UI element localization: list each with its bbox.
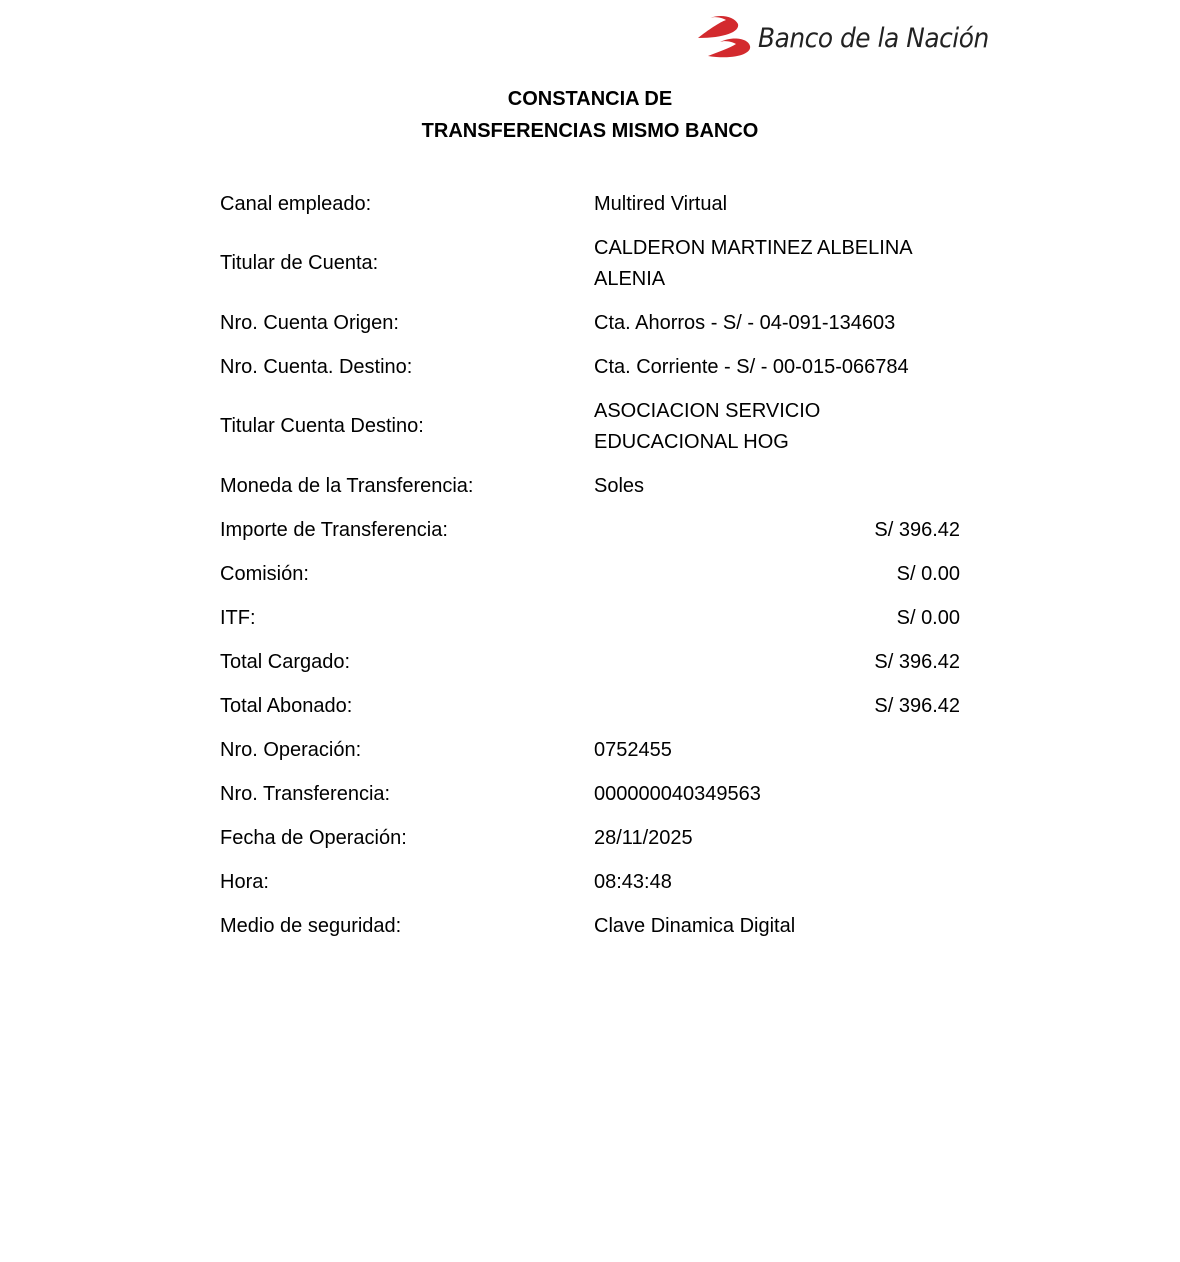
amount-value: S/ 396.42 — [594, 691, 960, 722]
field-label: Titular de Cuenta: — [220, 248, 594, 279]
field-value-line-1: ASOCIACION SERVICIO — [594, 396, 960, 427]
row-canal: Canal empleado: Multired Virtual — [220, 182, 960, 226]
field-value: 08:43:48 — [594, 867, 960, 898]
row-total-abonado: Total Abonado: S/ 396.42 — [220, 684, 960, 728]
field-label: Comisión: — [220, 559, 594, 590]
field-label: Nro. Cuenta. Destino: — [220, 352, 594, 383]
field-value: 000000040349563 — [594, 779, 960, 810]
row-medio-seguridad: Medio de seguridad: Clave Dinamica Digit… — [220, 904, 960, 948]
field-value-line-2: EDUCACIONAL HOG — [594, 427, 960, 458]
field-label: Nro. Transferencia: — [220, 779, 594, 810]
field-label: Importe de Transferencia: — [220, 515, 594, 546]
transfer-details: Canal empleado: Multired Virtual Titular… — [220, 182, 960, 948]
row-nro-operacion: Nro. Operación: 0752455 — [220, 728, 960, 772]
field-label: Nro. Operación: — [220, 735, 594, 766]
row-total-cargado: Total Cargado: S/ 396.42 — [220, 640, 960, 684]
field-value: Multired Virtual — [594, 189, 960, 220]
field-label: ITF: — [220, 603, 594, 634]
field-label: Total Cargado: — [220, 647, 594, 678]
field-value: CALDERON MARTINEZ ALBELINA ALENIA — [594, 233, 960, 295]
amount-value: S/ 0.00 — [594, 603, 960, 634]
field-label: Medio de seguridad: — [220, 911, 594, 942]
field-value: Clave Dinamica Digital — [594, 911, 960, 942]
row-titular-destino: Titular Cuenta Destino: ASOCIACION SERVI… — [220, 389, 960, 464]
field-value: ASOCIACION SERVICIO EDUCACIONAL HOG — [594, 396, 960, 458]
title-line-2: TRANSFERENCIAS MISMO BANCO — [0, 115, 1180, 147]
field-value: Cta. Ahorros - S/ - 04-091-134603 — [594, 308, 960, 339]
document-title: CONSTANCIA DE TRANSFERENCIAS MISMO BANCO — [0, 83, 1180, 147]
row-importe: Importe de Transferencia: S/ 396.42 — [220, 508, 960, 552]
amount-value: S/ 396.42 — [594, 515, 960, 546]
bank-logo-icon — [694, 12, 756, 64]
row-titular-cuenta: Titular de Cuenta: CALDERON MARTINEZ ALB… — [220, 226, 960, 301]
field-value: 0752455 — [594, 735, 960, 766]
row-hora: Hora: 08:43:48 — [220, 860, 960, 904]
field-value: 28/11/2025 — [594, 823, 960, 854]
row-nro-transferencia: Nro. Transferencia: 000000040349563 — [220, 772, 960, 816]
row-itf: ITF: S/ 0.00 — [220, 596, 960, 640]
title-line-1: CONSTANCIA DE — [0, 83, 1180, 115]
field-value-line-1: CALDERON MARTINEZ ALBELINA — [594, 233, 960, 264]
row-moneda: Moneda de la Transferencia: Soles — [220, 464, 960, 508]
row-cuenta-origen: Nro. Cuenta Origen: Cta. Ahorros - S/ - … — [220, 301, 960, 345]
field-value: Soles — [594, 471, 960, 502]
amount-value: S/ 396.42 — [594, 647, 960, 678]
amount-value: S/ 0.00 — [594, 559, 960, 590]
field-value: Cta. Corriente - S/ - 00-015-066784 — [594, 352, 960, 383]
row-cuenta-destino: Nro. Cuenta. Destino: Cta. Corriente - S… — [220, 345, 960, 389]
bank-logo: Banco de la Nación — [694, 12, 1009, 64]
row-fecha: Fecha de Operación: 28/11/2025 — [220, 816, 960, 860]
field-label: Fecha de Operación: — [220, 823, 594, 854]
row-comision: Comisión: S/ 0.00 — [220, 552, 960, 596]
field-label: Canal empleado: — [220, 189, 594, 220]
field-label: Nro. Cuenta Origen: — [220, 308, 594, 339]
field-label: Moneda de la Transferencia: — [220, 471, 594, 502]
bank-name: Banco de la Nación — [758, 23, 989, 54]
field-label: Total Abonado: — [220, 691, 594, 722]
field-label: Titular Cuenta Destino: — [220, 411, 594, 442]
field-label: Hora: — [220, 867, 594, 898]
field-value-line-2: ALENIA — [594, 264, 960, 295]
